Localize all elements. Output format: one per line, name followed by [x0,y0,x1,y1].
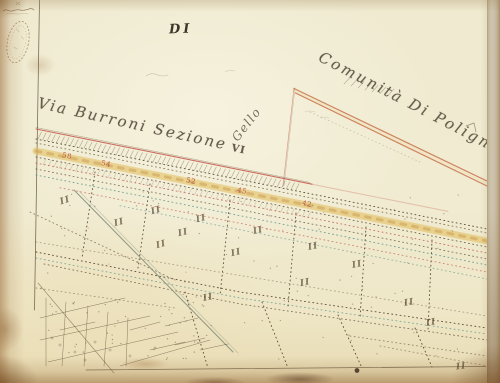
sheet-border-lines [35,0,487,373]
road-hatching-lower [43,159,311,218]
secondary-road [283,78,487,187]
map-linework [0,0,500,383]
road-number: 58 [61,151,72,161]
boundary-dot [355,368,360,373]
parcel-mark: II [307,241,319,253]
page-edge [487,0,500,383]
parcel-cluster [40,298,228,366]
road-number: 45 [236,186,247,196]
stamp-oval-icon [3,19,32,64]
parcel-mark: II [202,292,214,304]
parcel-mark: II [425,317,437,329]
road-number: 42 [301,199,312,209]
parcel-number-specks [41,191,459,360]
parcel-mark: II [456,361,467,372]
stream-lines [38,190,238,373]
road-number: 52 [185,176,196,186]
corner-inscription [3,2,34,14]
parcel-mark: II [299,277,311,289]
map-photo: 5854524542IIIIIIIIIIIIIIIIIIIIIIIIIIIIII… [0,0,500,383]
parcel-mark: II [403,297,415,309]
road-number: 54 [100,159,111,169]
parcel-mark: II [351,259,363,271]
